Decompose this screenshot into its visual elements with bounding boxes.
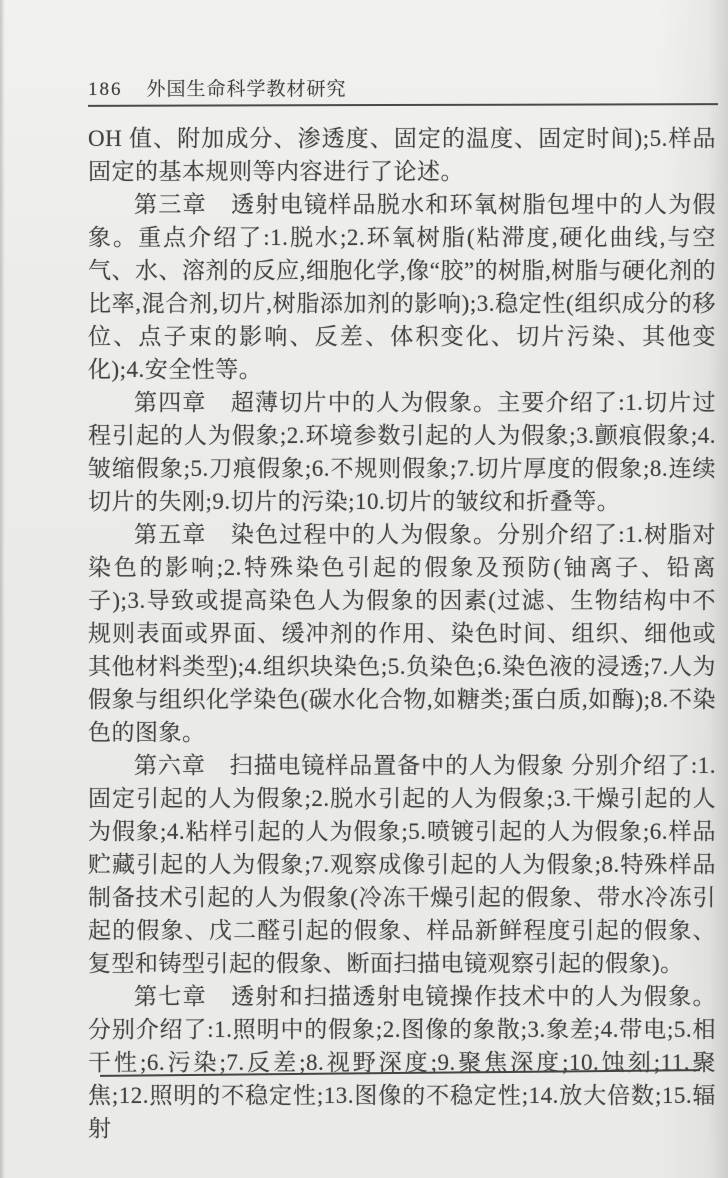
paragraph-chapter-4: 第四章 超薄切片中的人为假象。主要介绍了:1.切片过程引起的人为假象;2.环境参… <box>88 386 716 518</box>
paragraph-chapter-6: 第六章 扫描电镜样品置备中的人为假象 分别介绍了:1.固定引起的人为假象;2.脱… <box>88 749 716 980</box>
page-body: OH 值、附加成分、渗透度、固定的温度、固定时间);5.样品固定的基本规则等内容… <box>88 122 716 1145</box>
paragraph-chapter-5: 第五章 染色过程中的人为假象。分别介绍了:1.树脂对染色的影响;2.特殊染色引起… <box>88 518 716 749</box>
paragraph-chapter-7: 第七章 透射和扫描透射电镜操作技术中的人为假象。分别介绍了:1.照明中的假象;2… <box>88 980 716 1145</box>
header-rule <box>88 103 718 107</box>
paragraph-chapter-3: 第三章 透射电镜样品脱水和环氧树脂包埋中的人为假象。重点介绍了:1.脱水;2.环… <box>88 188 716 386</box>
book-page: 186外国生命科学教材研究 OH 值、附加成分、渗透度、固定的温度、固定时间);… <box>0 0 728 1178</box>
paragraph-continuation: OH 值、附加成分、渗透度、固定的温度、固定时间);5.样品固定的基本规则等内容… <box>88 122 716 188</box>
running-title: 外国生命科学教材研究 <box>147 79 347 100</box>
scanned-book-page: { "header": { "page_number": "186", "boo… <box>0 0 728 1178</box>
page-number: 186 <box>88 79 123 100</box>
running-header: 186外国生命科学教材研究 <box>88 74 714 101</box>
